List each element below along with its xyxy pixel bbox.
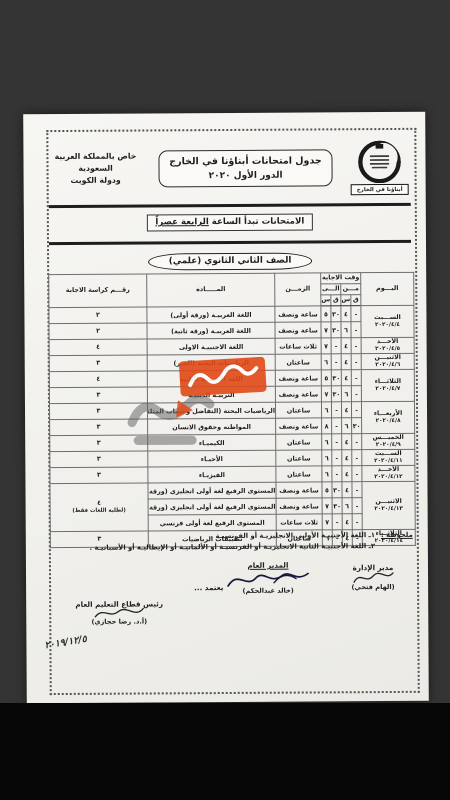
booklet-cell: ٣ [49, 355, 147, 372]
to-minute-cell: - [332, 466, 342, 482]
org-emblem-block: أبناؤنا في الخارج [348, 139, 410, 195]
to-minute-cell: - [332, 434, 342, 450]
to-minute-cell: ٣٠ [331, 386, 341, 402]
head-signature-block: رئيس قطاع التعليم العام (أ.د. رضا حجازي) [64, 599, 174, 626]
to-minute-cell: ٣٠ [332, 482, 342, 498]
region-line2: ودولة الكويت [49, 174, 143, 186]
subject-cell: التربيـة الدينيـة [147, 386, 275, 403]
subject-cell: اللغة الاجنبيـة الثانية [147, 370, 275, 387]
exam-title-line2: الدور الأول ٢٠٢٠ [169, 170, 322, 181]
subject-cell: الرياضيات البحتة (الجبر) [147, 354, 275, 371]
to-hour-cell: ٧ [321, 386, 331, 402]
to-hour-cell: ٦ [321, 354, 331, 370]
to-minute-cell: - [332, 514, 342, 530]
subject-cell: المستوى الرفيع لغة أولى فرنسي [148, 514, 276, 531]
duration-cell: ساعة ونصف [275, 322, 321, 338]
duration-cell: ساعة ونصف [276, 482, 322, 498]
from-minute-cell: - [352, 450, 362, 466]
approve-text: يعتمد ... [194, 583, 223, 592]
duration-cell: ساعتان [275, 354, 321, 370]
from-minute-cell: - [351, 354, 361, 370]
from-minute-cell: - [351, 370, 361, 386]
duration-cell: ساعة ونصف [275, 370, 321, 386]
exam-schedule-table: اليـــوم وقت الاجابة الزمـــن المـــــاد… [48, 272, 416, 548]
day-cell: الســـبت٢٠٢٠/٤/٤ [361, 305, 414, 337]
from-hour-cell: ٤ [342, 482, 352, 498]
schedule-table-wrap: اليـــوم وقت الاجابة الزمـــن المـــــاد… [48, 272, 416, 548]
day-date: ٢٠٢٠/٤/١٣ [363, 506, 415, 513]
col-header-answer-time: وقت الاجابة [321, 273, 361, 284]
day-cell: الثلاثـــاء٢٠٢٠/٤/٧ [361, 369, 414, 401]
col-header-duration: الزمـــن [275, 273, 321, 306]
duration-cell: ساعتان [276, 434, 322, 450]
booklet-cell: ٤ [49, 339, 147, 356]
gm-signature-block: المدير العام (خالد عبدالحكم) [222, 560, 314, 595]
subject-cell: الكيميـاء [148, 434, 276, 451]
from-hour-cell: ٤ [341, 402, 351, 418]
booklet-cell: ٣ [50, 419, 148, 436]
to-hour-cell: ٧ [322, 498, 332, 514]
subject-cell: الأحيـاء [148, 450, 276, 467]
from-minute-cell: - [351, 386, 361, 402]
admin-signature-block: مدير الإدارة (الهام فتحي) [340, 563, 406, 591]
from-hour-cell: ٦ [342, 498, 352, 514]
from-minute-cell: - [352, 434, 362, 450]
admin-name: (الهام فتحي) [340, 583, 406, 591]
notes-label: ملحوظة : [381, 531, 413, 553]
duration-cell: ثلاث ساعات [275, 338, 321, 354]
head-name: (أ.د. رضا حجازي) [64, 617, 174, 626]
to-hour-cell: ٦ [322, 466, 332, 482]
ministry-emblem-icon [357, 139, 401, 183]
to-minute-cell: - [332, 418, 342, 434]
from-hour-cell: ٤ [342, 434, 352, 450]
from-minute-cell: - [351, 306, 361, 322]
day-cell: الســـبت٢٠٢٠/٤/١١ [362, 449, 415, 465]
subject-cell: المواطنه وحقوق الانسان [148, 418, 276, 435]
subject-cell: المستوى الرفيع لغة أولى انجليزي (ورقة أو… [148, 482, 276, 499]
head-title: رئيس قطاع التعليم العام [64, 599, 174, 609]
exam-table-body: الســـبت٢٠٢٠/٤/٤-٤٣٠٥ساعة ونصفاللغة العر… [49, 305, 415, 547]
from-minute-cell: - [351, 402, 361, 418]
col-header-to-hour: س [321, 295, 331, 306]
duration-cell: ساعة ونصف [275, 386, 321, 402]
region-line1: خاص بالمملكة العربية السعودية [48, 151, 142, 175]
duration-cell: ساعة ونصف [276, 498, 322, 514]
booklet-cell: ٣ [50, 467, 148, 484]
note-item-2: ٢ـ اللغة الأجنبيـة الثانية الانجليزيـة أ… [89, 542, 375, 552]
section-title: الصف الثاني الثانوي (علمي) [148, 252, 313, 270]
exam-time-text: الامتحانات تبدأ الساعة [209, 217, 305, 228]
from-hour-cell: ٦ [341, 386, 351, 402]
day-cell: الخميـــس٢٠٢٠/٤/٩ [362, 433, 415, 449]
booklet-cell: ٣ [49, 387, 147, 404]
col-header-day: اليـــوم [361, 272, 414, 305]
from-hour-cell: ٤ [342, 450, 352, 466]
day-cell: الأحـــد٢٠٢٠/٤/٥ [361, 337, 414, 353]
from-minute-cell: ٣٠ [352, 418, 362, 434]
col-header-to-minute: ق [331, 295, 341, 306]
duration-cell: ساعة ونصف [275, 306, 321, 322]
region-note: خاص بالمملكة العربية السعودية ودولة الكو… [48, 151, 142, 187]
to-hour-cell: ٦ [321, 402, 331, 418]
from-minute-cell: - [351, 322, 361, 338]
col-header-from: مـــن [341, 284, 361, 295]
note-item-1: ١ـ اللغة الأجنبيـة الأولـى الانجليزيـة أ… [89, 531, 375, 541]
to-hour-cell: ٦ [322, 434, 332, 450]
col-header-booklet: رقـــم كراسة الاجابة [49, 274, 147, 308]
document-header: أبناؤنا في الخارج جدول امتحانات أبناؤنا … [48, 132, 410, 204]
booklet-cell: ٣ [49, 403, 147, 420]
to-minute-cell: ٣٠ [332, 498, 342, 514]
screenshot-background: أبناؤنا في الخارج جدول امتحانات أبناؤنا … [0, 0, 450, 800]
booklet-cell: ٢ [49, 307, 147, 324]
from-hour-cell: ٦ [341, 322, 351, 338]
duration-cell: ثلاث ساعات [276, 514, 322, 530]
exam-title-box: جدول امتحانات أبناؤنا في الخارج الدور ال… [158, 149, 333, 187]
col-header-from-hour: س [341, 295, 351, 306]
day-date: ٢٠٢٠/٤/١٢ [362, 474, 414, 481]
to-minute-cell: - [331, 338, 341, 354]
booklet-cell: ٣ [50, 451, 148, 468]
section-title-row: الصف الثاني الثانوي (علمي) [49, 247, 411, 271]
duration-cell: ساعة ونصف [276, 418, 322, 434]
booklet-note: (لطلبة اللغات فقط) [51, 508, 148, 515]
from-hour-cell: ٤ [341, 306, 351, 322]
bottom-letterbox-bar [0, 703, 450, 800]
day-date: ٢٠٢٠/٤/٥ [362, 346, 414, 353]
duration-cell: ساعتان [275, 402, 321, 418]
to-minute-cell: - [331, 354, 341, 370]
duration-cell: ساعتان [276, 450, 322, 466]
subject-cell: الرياضيات البحتة (التفاضل وحساب المثلثات… [147, 402, 275, 419]
day-date: ٢٠٢٠/٤/٩ [362, 442, 414, 449]
day-cell: الاثنيـــن٢٠٢٠/٤/٦ [361, 353, 414, 369]
from-minute-cell: - [352, 498, 362, 514]
to-hour-cell: ٥ [322, 482, 332, 498]
to-hour-cell: ٥ [321, 306, 331, 322]
exam-time-banner-row: الامتحانات تبدأ الساعة الرابعة عصراً [49, 208, 411, 232]
from-hour-cell: ٤ [342, 466, 352, 482]
scanned-document: أبناؤنا في الخارج جدول امتحانات أبناؤنا … [23, 112, 429, 703]
to-minute-cell: ٣٠ [331, 322, 341, 338]
to-hour-cell: ٧ [321, 322, 331, 338]
to-minute-cell: ٣٠ [331, 306, 341, 322]
gm-name: (خالد عبدالحكم) [222, 586, 314, 595]
duration-cell: ساعتان [276, 466, 322, 482]
from-minute-cell: - [352, 514, 362, 530]
day-date: ٢٠٢٠/٤/٨ [362, 418, 414, 425]
day-cell: الاثنيـــن٢٠٢٠/٤/١٣ [362, 481, 415, 529]
booklet-cell: ٢ [49, 323, 147, 340]
booklet-cell: ٣ [50, 435, 148, 452]
to-hour-cell: ٧ [321, 338, 331, 354]
exam-time-underlined: الرابعة عصراً [155, 217, 208, 227]
to-hour-cell: ٧ [322, 514, 332, 530]
booklet-cell: ٤ [49, 371, 147, 388]
exam-title-line1: جدول امتحانات أبناؤنا في الخارج [169, 155, 322, 167]
day-date: ٢٠٢٠/٤/٦ [362, 362, 414, 369]
exam-time-banner: الامتحانات تبدأ الساعة الرابعة عصراً [146, 213, 313, 231]
to-minute-cell: - [332, 450, 342, 466]
from-hour-cell: ٤ [341, 370, 351, 386]
to-hour-cell: ٦ [322, 450, 332, 466]
day-date: ٢٠٢٠/٤/١١ [362, 458, 414, 465]
from-hour-cell: ٤ [341, 338, 351, 354]
from-minute-cell: - [352, 466, 362, 482]
from-hour-cell: ٦ [342, 418, 352, 434]
from-hour-cell: ٤ [342, 514, 352, 530]
subject-cell: المستوى الرفيع لغة أولى انجليزي (ورقة ثا… [148, 498, 276, 515]
org-label: أبناؤنا في الخارج [351, 184, 409, 195]
from-minute-cell: - [352, 482, 362, 498]
subject-cell: الفيزيـاء [148, 466, 276, 483]
col-header-to: الـــى [321, 284, 341, 295]
day-cell: الأحـــد٢٠٢٠/٤/١٢ [362, 465, 415, 481]
to-hour-cell: ٥ [321, 370, 331, 386]
from-hour-cell: ٤ [341, 354, 351, 370]
notes-block: ملحوظة : ١ـ اللغة الأجنبيـة الأولـى الان… [51, 531, 413, 555]
col-header-subject: المـــــادة [147, 273, 275, 307]
booklet-cell: ٤(لطلبة اللغات فقط) [50, 483, 148, 532]
to-minute-cell: ٣٠ [331, 370, 341, 386]
day-date: ٢٠٢٠/٤/٤ [361, 322, 413, 329]
from-minute-cell: - [351, 338, 361, 354]
day-date: ٢٠٢٠/٤/٧ [362, 386, 414, 393]
subject-cell: اللغة العربيـة (ورقة ثانية) [147, 322, 275, 339]
to-hour-cell: ٨ [322, 418, 332, 434]
to-minute-cell: - [331, 402, 341, 418]
subject-cell: اللغة الاجنبيـة الاولى [147, 338, 275, 355]
col-header-from-minute: ق [351, 295, 361, 306]
subject-cell: اللغة العربيـة (ورقة أولى) [147, 306, 275, 323]
day-cell: الأربعـــاء٢٠٢٠/٤/٨ [361, 401, 414, 433]
